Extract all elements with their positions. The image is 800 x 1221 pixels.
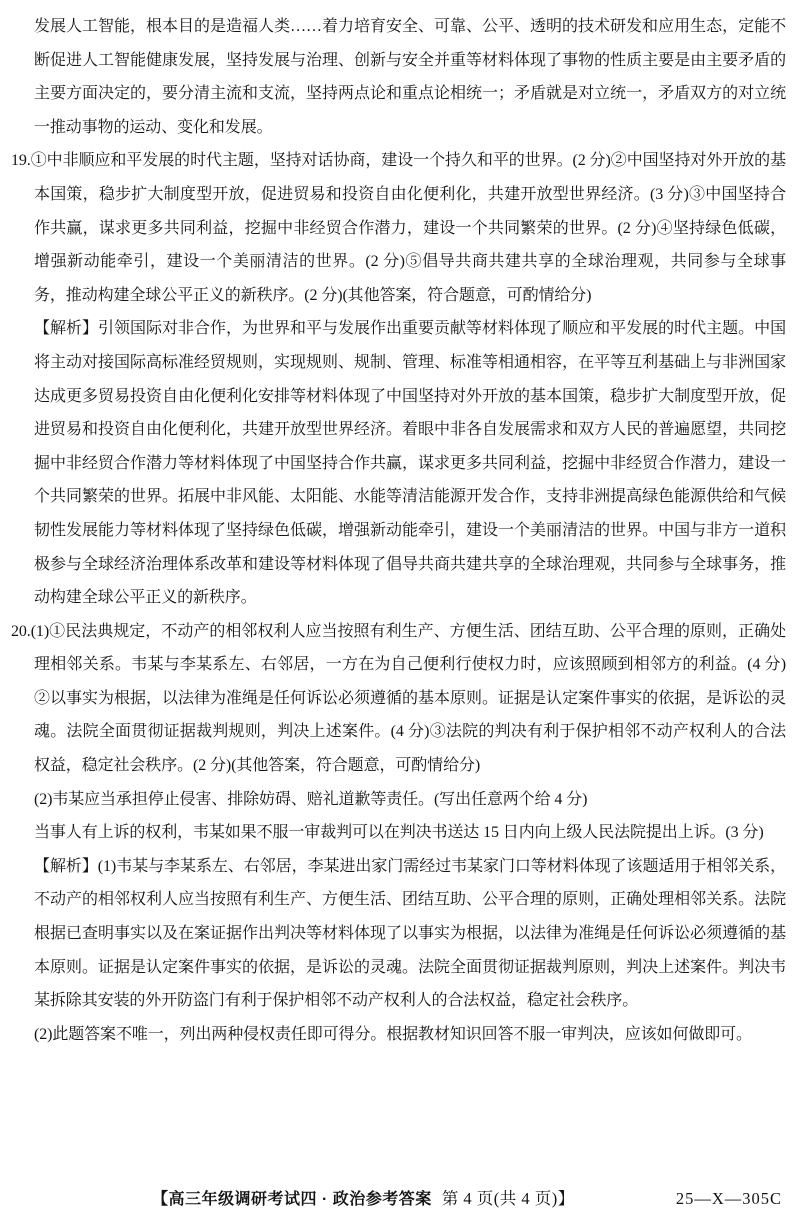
paragraph-question-20-analysis-part2: (2)此题答案不唯一，列出两种侵权责任即可得分。根据教材知识回答不服一审判决，应…	[34, 1018, 786, 1052]
paragraph-previous-answer-continuation: 发展人工智能，根本目的是造福人类……着力培育安全、可靠、公平、透明的技术研发和应…	[34, 10, 786, 144]
paragraph-question-19-analysis: 【解析】引领国际对非合作，为世界和平与发展作出重要贡献等材料体现了顺应和平发展的…	[34, 312, 786, 614]
paragraph-question-20-analysis-part1: 【解析】(1)韦某与李某系左、右邻居，李某进出家门需经过韦某家门口等材料体现了该…	[34, 850, 786, 1018]
paragraph-question-19-answer: 19.①中非顺应和平发展的时代主题，坚持对话协商，建设一个持久和平的世界。(2 …	[34, 144, 786, 312]
answer-key-page: 发展人工智能，根本目的是造福人类……着力培育安全、可靠、公平、透明的技术研发和应…	[0, 0, 800, 1221]
paragraph-question-20-part1-answer: 20.(1)①民法典规定，不动产的相邻权利人应当按照有利生产、方便生活、团结互助…	[34, 615, 786, 783]
footer-page-number: 第 4 页(共 4 页)】	[442, 1185, 575, 1209]
page-footer: 【高三年级调研考试四 · 政治参考答案 第 4 页(共 4 页)】 25—X—3…	[0, 1185, 800, 1209]
paragraph-question-20-part2-answer-line1: (2)韦某应当承担停止侵害、排除妨碍、赔礼道歉等责任。(写出任意两个给 4 分)	[34, 783, 786, 817]
footer-exam-title: 【高三年级调研考试四 · 政治参考答案	[152, 1186, 432, 1209]
paragraph-question-20-part2-answer-line2: 当事人有上诉的权利，韦某如果不服一审裁判可以在判决书送达 15 日内向上级人民法…	[34, 816, 786, 850]
footer-paper-code: 25—X—305C	[676, 1189, 782, 1209]
